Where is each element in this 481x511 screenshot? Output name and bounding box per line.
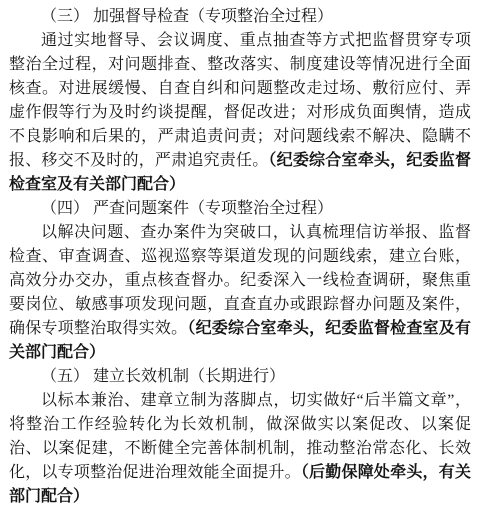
section-heading: （五） 建立长效机制（长期进行） bbox=[9, 365, 471, 389]
section-heading: （四） 严查问题案件（专项整治全过程） bbox=[9, 197, 471, 221]
body-paragraph: 以标本兼治、建章立制为落脚点，切实做好“后半篇文章”，将整治工作经验转化为长效机… bbox=[9, 389, 471, 509]
body-paragraph: 以解决问题、查办案件为突破口，认真梳理信访举报、监督检查、审查调查、巡视巡察等渠… bbox=[9, 221, 471, 365]
body-paragraph: 通过实地督导、会议调度、重点抽查等方式把监督贯穿专项整治全过程，对问题排查、整改… bbox=[9, 29, 471, 197]
text-run: （三） 加强督导检查（专项整治全过程） bbox=[41, 8, 333, 25]
text-run: 通过实地督导、会议调度、重点抽查等方式把监督贯穿专项整治全过程，对问题排查、整改… bbox=[9, 32, 471, 169]
document-page: （三） 加强督导检查（专项整治全过程）通过实地督导、会议调度、重点抽查等方式把监… bbox=[0, 0, 481, 511]
document-body: （三） 加强督导检查（专项整治全过程）通过实地督导、会议调度、重点抽查等方式把监… bbox=[9, 5, 471, 509]
text-run: （五） 建立长效机制（长期进行） bbox=[41, 368, 285, 385]
text-run: （四） 严查问题案件（专项整治全过程） bbox=[41, 200, 333, 217]
section-heading: （三） 加强督导检查（专项整治全过程） bbox=[9, 5, 471, 29]
